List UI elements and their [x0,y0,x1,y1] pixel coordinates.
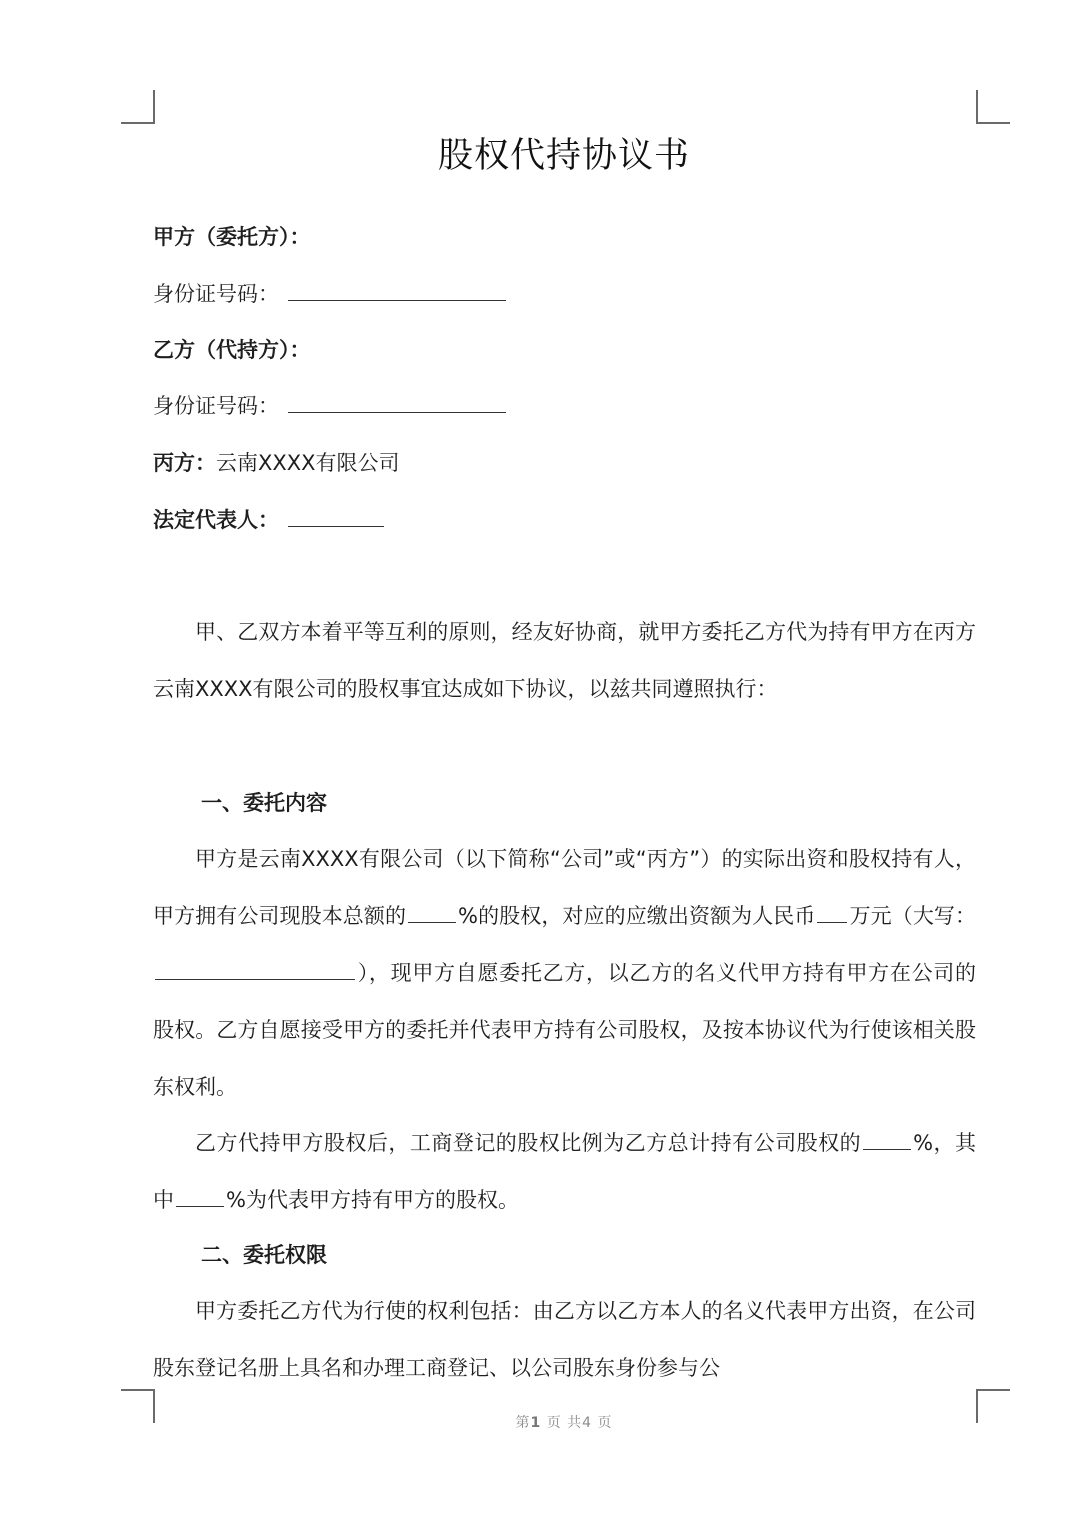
section-2-heading: 二、委托权限 [201,1240,327,1270]
text-run: %为代表甲方持有甲方的股权。 [226,1188,519,1212]
party-a-label: 甲方（委托方）： [153,222,311,252]
section-2-paragraph-1: 甲方委托乙方代为行使的权利包括：由乙方以乙方本人的名义代表甲方出资，在公司股东登… [153,1283,976,1397]
legal-rep-blank[interactable] [288,506,384,527]
page-footer: 第1 页 共4 页 [0,1412,1078,1432]
party-a-id-blank[interactable] [288,280,506,301]
legal-rep-label: 法定代表人： [153,508,279,532]
proxy-percent-blank[interactable] [176,1186,224,1207]
equity-percent-blank[interactable] [408,902,456,923]
party-b-id-label: 身份证号码： [153,394,279,418]
party-c-value: 云南XXXX有限公司 [216,451,400,475]
party-c-label: 丙方： [153,451,216,475]
section-1-heading: 一、委托内容 [201,788,327,818]
party-a-id-line: 身份证号码： [153,279,508,309]
party-b-id-line: 身份证号码： [153,391,508,421]
text-run: ），现甲方自愿委托乙方，以乙方的名义代甲方持有甲方在公司的股权。乙方自愿接受甲方… [153,961,976,1099]
party-a-id-label: 身份证号码： [153,282,279,306]
current-page-number: 1 [530,1415,541,1431]
total-percent-blank[interactable] [863,1129,911,1150]
footer-prefix: 第 [515,1415,530,1431]
footer-suffix: 页 [598,1415,613,1431]
document-title: 股权代持协议书 [0,128,1078,178]
party-c-line: 丙方：云南XXXX有限公司 [153,448,400,478]
text-run: %的股权，对应的应缴出资额为人民币 [458,904,815,928]
section-1-paragraph-2: 乙方代持甲方股权后，工商登记的股权比例为乙方总计持有公司股权的%，其中%为代表甲… [153,1115,976,1229]
footer-middle: 页 共 [547,1415,582,1431]
text-run: 乙方代持甲方股权后，工商登记的股权比例为乙方总计持有公司股权的 [195,1131,861,1155]
total-page-count: 4 [582,1415,592,1431]
party-b-id-blank[interactable] [288,392,506,413]
party-b-label: 乙方（代持方）： [153,335,311,365]
section-1-paragraph-1: 甲方是云南XXXX有限公司（以下简称“公司”或“丙方”）的实际出资和股权持有人，… [153,831,976,1116]
preamble-paragraph: 甲、乙双方本着平等互利的原则，经友好协商，就甲方委托乙方代为持有甲方在丙方云南X… [153,604,976,718]
crop-mark-top-left [121,90,155,124]
crop-mark-top-right [976,90,1010,124]
capital-amount-words-blank[interactable] [155,959,355,980]
legal-rep-line: 法定代表人： [153,505,386,535]
capital-amount-blank[interactable] [817,902,847,923]
text-run: 万元（大写： [849,904,976,928]
